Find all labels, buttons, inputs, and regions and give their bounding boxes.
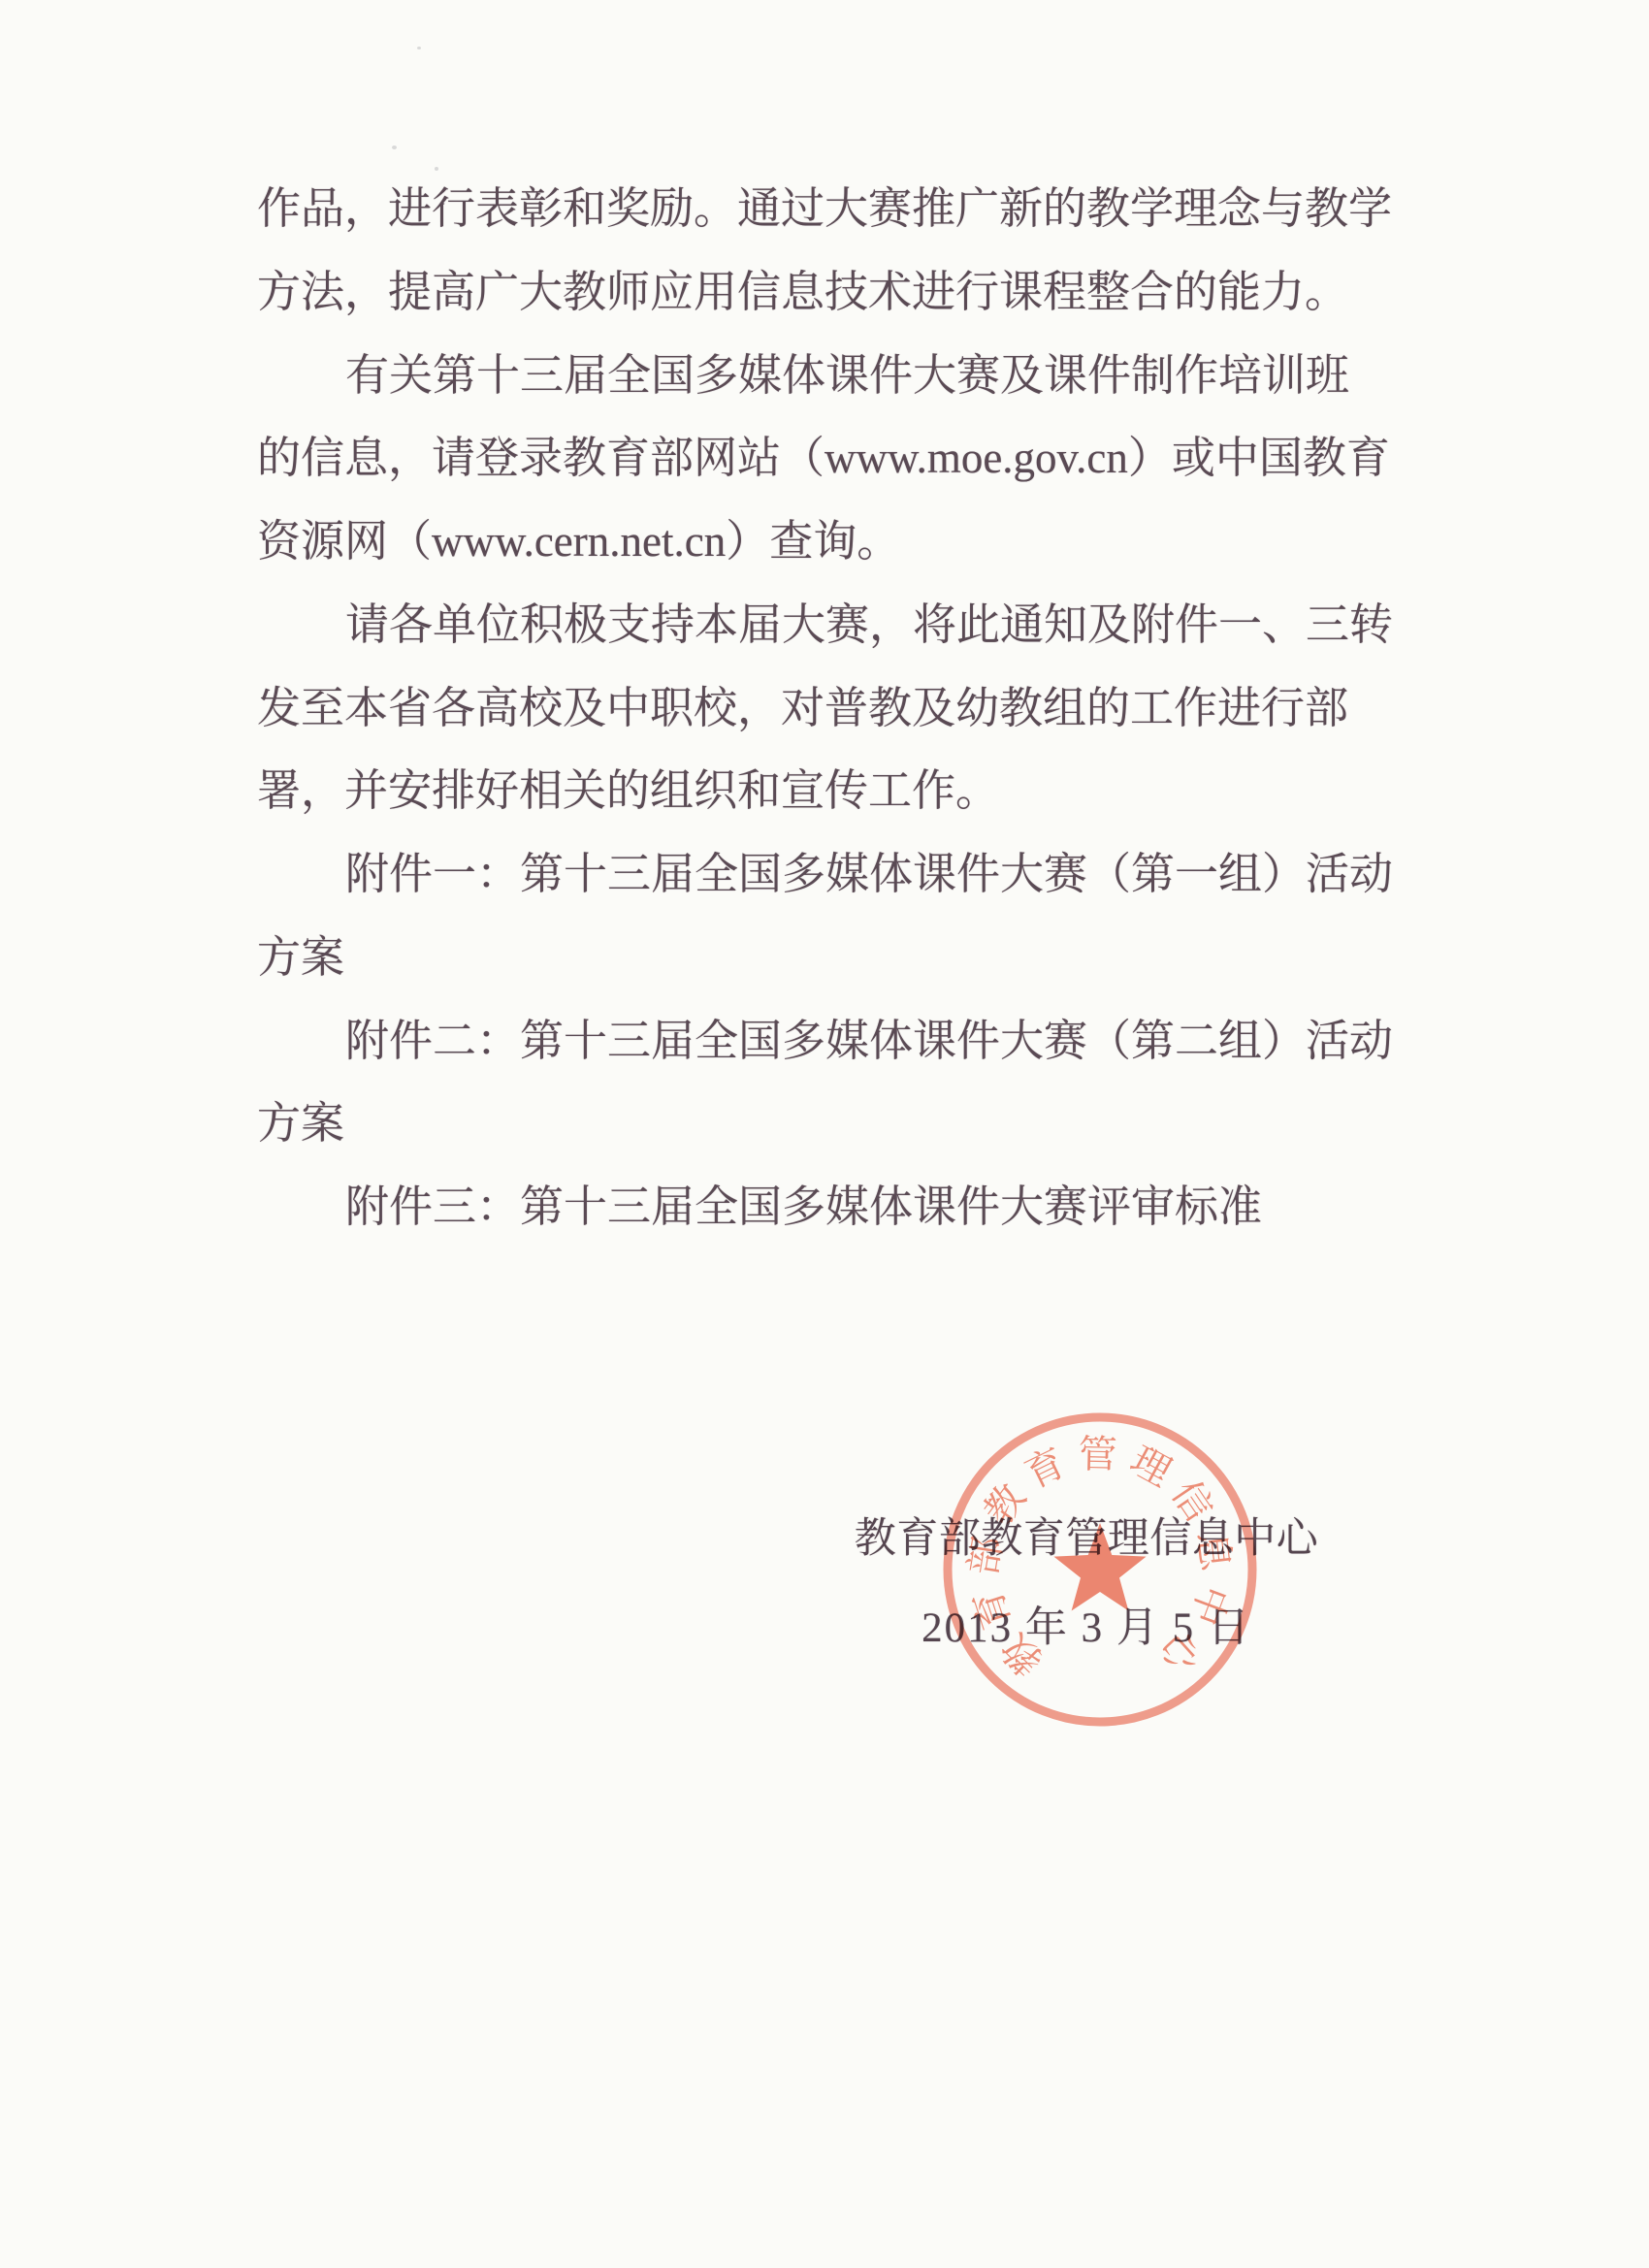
body-line-3: 有关第十三届全国多媒体课件大赛及课件制作培训班: [257, 335, 1397, 418]
body-line-10: 方案: [257, 917, 1397, 1000]
official-seal: 教育部教育管理信息中心: [906, 1376, 1294, 1764]
body-line-6: 请各单位积极支持本届大赛，将此通知及附件一、三转: [257, 584, 1397, 667]
scan-speck: [417, 47, 421, 49]
body-line-2: 方法，提高广大教师应用信息技术进行课程整合的能力。: [257, 251, 1397, 335]
body-line-7: 发至本省各高校及中职校，对普教及幼教组的工作进行部: [257, 667, 1397, 751]
body-line-1: 作品，进行表彰和奖励。通过大赛推广新的教学理念与教学: [257, 168, 1397, 251]
body-line-12: 方案: [257, 1083, 1397, 1166]
body-line-5: 资源网（www.cern.net.cn）查询。: [257, 501, 1397, 584]
body-line-9: 附件一：第十三届全国多媒体课件大赛（第一组）活动: [257, 833, 1397, 917]
body-line-11: 附件二：第十三届全国多媒体课件大赛（第二组）活动: [257, 1000, 1397, 1084]
body-line-13: 附件三：第十三届全国多媒体课件大赛评审标准: [257, 1166, 1397, 1249]
document-page: 作品，进行表彰和奖励。通过大赛推广新的教学理念与教学 方法，提高广大教师应用信息…: [0, 0, 1649, 2268]
document-body: 作品，进行表彰和奖励。通过大赛推广新的教学理念与教学 方法，提高广大教师应用信息…: [257, 168, 1397, 1249]
scan-speck: [392, 146, 397, 149]
body-line-8: 署，并安排好相关的组织和宣传工作。: [257, 750, 1397, 833]
star-icon: [1053, 1523, 1146, 1611]
body-line-4: 的信息，请登录教育部网站（www.moe.gov.cn）或中国教育: [257, 417, 1397, 501]
